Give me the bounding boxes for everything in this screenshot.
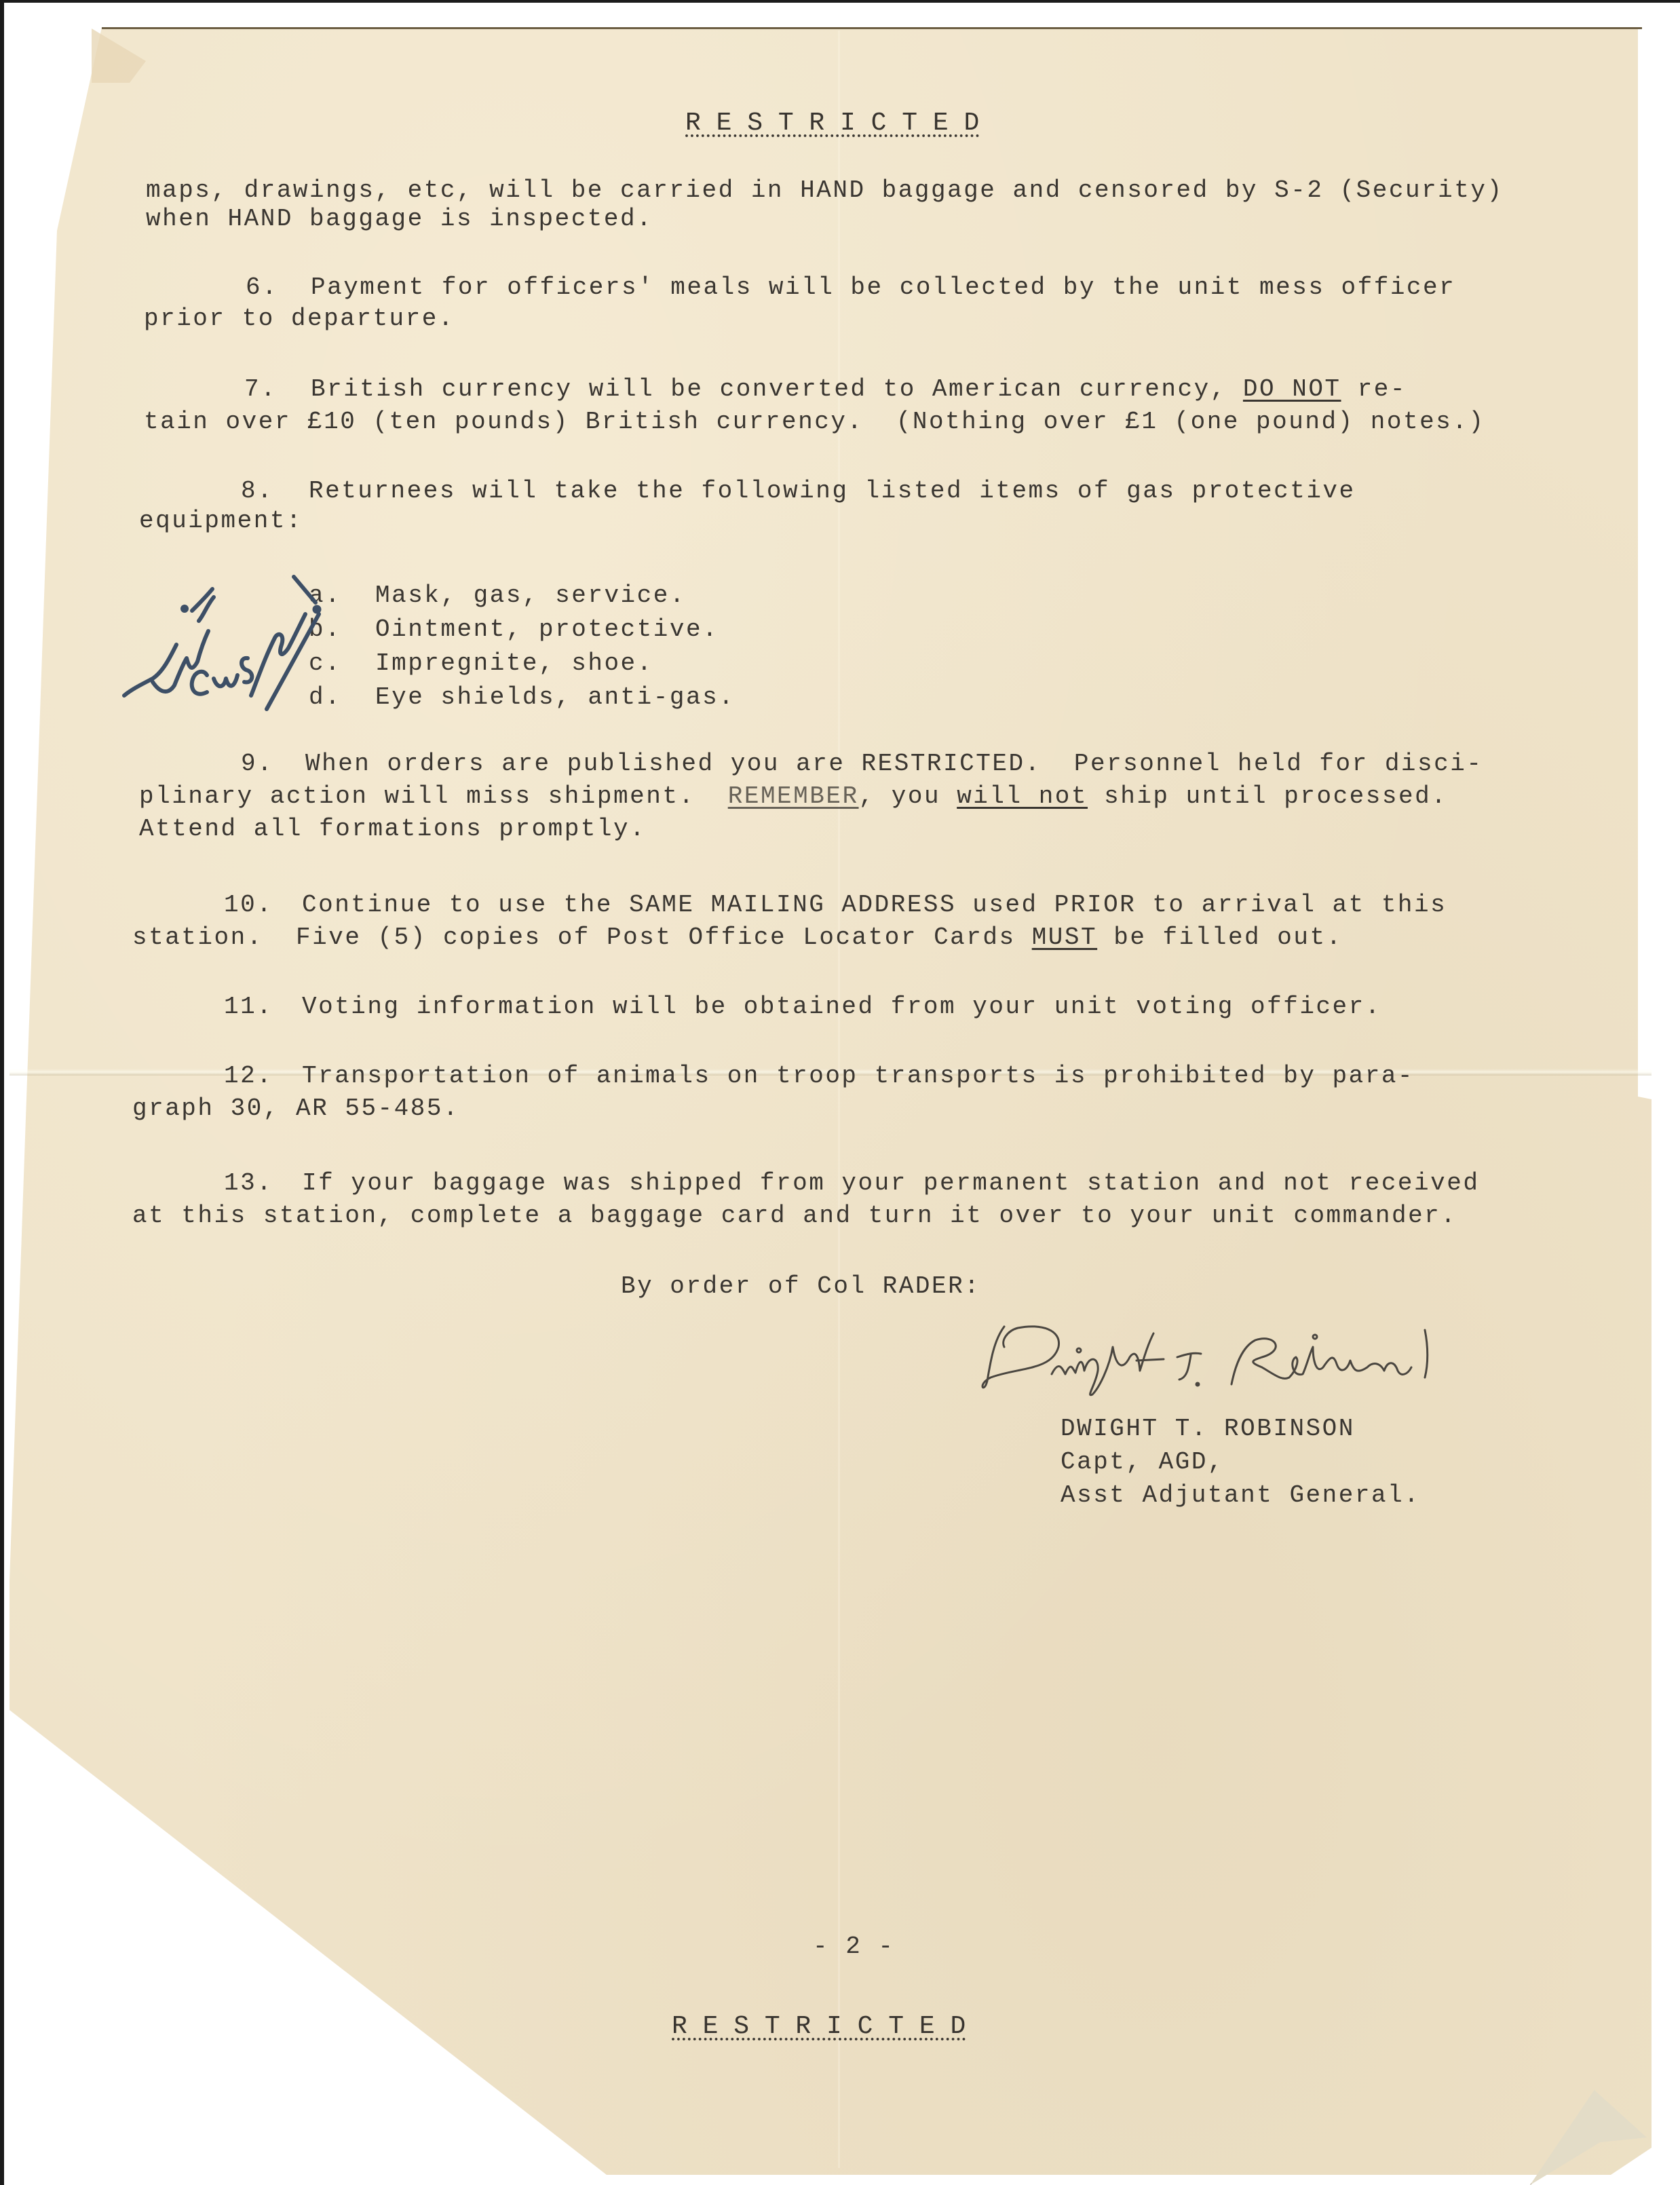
paragraph-text-line: Payment for officers' meals will be coll… [311,275,1455,300]
paragraph-text-line: When orders are published you are RESTRI… [305,752,1483,776]
list-item-text: Ointment, protective. [375,617,719,642]
paragraph-text-line: station. Five (5) copies of Post Office … [132,926,1343,950]
list-item-text: Mask, gas, service. [375,584,686,608]
handwritten-margin-note [112,556,322,712]
text-run: plinary action will miss shipment. [139,782,728,810]
list-item-text: Eye shields, anti-gas. [375,685,735,710]
list-item-text: Impregnite, shoe. [375,651,653,676]
paragraph-text-line: plinary action will miss shipment. REMEM… [139,784,1447,809]
paragraph-text-line: Returnees will take the following listed… [309,479,1356,503]
continuation-line-2: when HAND baggage is inspected. [146,207,653,231]
text-run: station. Five (5) copies of Post Office … [132,924,1032,951]
text-run: ship until processed. [1088,782,1447,810]
paragraph-number: 7. [244,377,277,402]
underlined-do-not: DO NOT [1243,375,1341,403]
underlined-must: MUST [1032,924,1097,951]
paragraph-text-line: at this station, complete a baggage card… [132,1204,1457,1228]
underlined-remember: REMEMBER [728,782,859,810]
paragraph-text-line: prior to departure. [144,307,455,331]
paragraph-number: 9. [241,752,273,776]
classification-footer: R E S T R I C T E D [672,2012,966,2041]
paragraph-number: 8. [241,479,273,503]
paragraph-text-line: Continue to use the SAME MAILING ADDRESS… [302,893,1447,917]
continuation-line-1: maps, drawings, etc, will be carried in … [146,178,1504,203]
text-run: be filled out. [1097,924,1343,951]
text-run: British currency will be converted to Am… [311,375,1243,403]
paragraph-text-line: British currency will be converted to Am… [311,377,1407,402]
text-run: re- [1341,375,1407,403]
paragraph-text-line: graph 30, AR 55-485. [132,1097,459,1121]
paragraph-text-line: Transportation of animals on troop trans… [302,1064,1414,1088]
authority-line: By order of Col RADER: [621,1274,980,1299]
paragraph-text-line: tain over £10 (ten pounds) British curre… [144,410,1485,434]
typed-document: R E S T R I C T E D maps, drawings, etc,… [0,0,1680,2185]
paragraph-text-line: equipment: [139,509,303,533]
underlined-will-not: will not [957,782,1088,810]
signatory-title: Asst Adjutant General. [1061,1483,1420,1508]
paragraph-number: 12. [224,1064,273,1088]
text-run: , you [859,782,957,810]
paragraph-number: 6. [246,275,278,300]
paragraph-text-line: Voting information will be obtained from… [302,995,1381,1019]
signatory-rank-branch: Capt, AGD, [1061,1450,1224,1475]
signatory-name: DWIGHT T. ROBINSON [1061,1417,1355,1441]
classification-header: R E S T R I C T E D [685,109,979,138]
paragraph-text-line: If your baggage was shipped from your pe… [302,1171,1479,1196]
paragraph-number: 10. [224,893,273,917]
page-number: - 2 - [813,1933,895,1960]
handwritten-signature [977,1320,1479,1401]
paragraph-number: 13. [224,1171,273,1196]
paragraph-text-line: Attend all formations promptly. [139,817,646,841]
paragraph-number: 11. [224,995,273,1019]
